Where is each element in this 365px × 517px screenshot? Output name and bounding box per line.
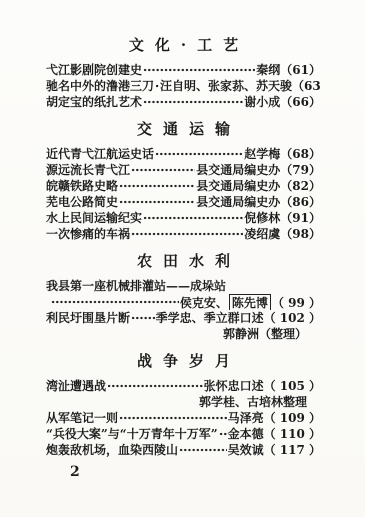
toc-entry: 从军笔记一则 马泽亮 （ 109 ） (46, 410, 321, 426)
entry-title: 皖赣铁路史略 (46, 178, 118, 194)
entry-title: 近代青弋江航运史话 (46, 146, 154, 162)
toc-entry: 水上民间运输纪实 倪修林 （91） (46, 210, 321, 226)
toc-entry: 芜电公路简史 县交通局编史办 （86） (46, 194, 321, 210)
dot-leader (107, 380, 203, 392)
entry-page: （ 102 ） (264, 310, 321, 326)
dot-leader (131, 164, 195, 176)
entry-page: （79） (280, 162, 321, 178)
entry-title: 胡定宝的纸扎艺术 (46, 94, 142, 110)
entry-author: 侯克安、 (180, 295, 228, 310)
entry-title: 利民圩围垦片断 (46, 310, 130, 326)
entry-title: 源远流长青弋江 (46, 162, 130, 178)
entry-page: （91） (280, 210, 321, 226)
entry-title: “兵役大案”与“十万青年十万军” (46, 426, 218, 442)
entry-author: 张怀忠口述 (204, 378, 264, 394)
section-heading: 战争岁月 (46, 350, 321, 372)
section-heading: 农田水利 (46, 250, 321, 272)
attribution-line: 郭学桂、古培林整理 (46, 394, 321, 410)
toc-content: 文化·工艺 弋江影剧院创建史 秦纲 （61） 驰名中外的澛港三刀 汪自明、张家荪… (46, 34, 321, 458)
section-culture-crafts: 文化·工艺 弋江影剧院创建史 秦纲 （61） 驰名中外的澛港三刀 汪自明、张家荪… (46, 34, 321, 110)
dot-leader (131, 228, 243, 240)
dot-leader (51, 296, 179, 308)
entry-author: 季学忠、季立群口述 (156, 310, 264, 326)
entry-title: 弋江影剧院创建史 (46, 62, 142, 78)
entry-page: （ 105 ） (264, 378, 321, 394)
dot-leader (179, 444, 227, 456)
entry-list: 湾沚遭遇战 张怀忠口述 （ 105 ） 郭学桂、古培林整理 从军笔记一则 马泽亮… (46, 378, 321, 458)
entry-author: 倪修林 (244, 210, 280, 226)
entry-page: （63） (292, 78, 321, 94)
dot-leader (119, 180, 195, 192)
section-transportation: 交通运输 近代青弋江航运史话 赵学梅 （68） 源远流长青弋江 县交通局编史办 … (46, 118, 321, 242)
entry-author: 郭学桂、古培林整理 (199, 394, 307, 410)
deceased-author-box: 陈先博 (229, 294, 271, 310)
entry-author: 县交通局编史办 (196, 178, 280, 194)
toc-entry: 源远流长青弋江 县交通局编史办 （79） (46, 162, 321, 178)
entry-title: 炮轰敌机场，血染西陵山 (46, 442, 178, 458)
entry-list: 近代青弋江航运史话 赵学梅 （68） 源远流长青弋江 县交通局编史办 （79） … (46, 146, 321, 242)
dot-leader (143, 64, 255, 76)
dot-leader (219, 428, 227, 440)
entry-page: （68） (280, 146, 321, 162)
entry-author: 汪自明、张家荪、苏天骏 (160, 78, 292, 94)
toc-entry: 湾沚遭遇战 张怀忠口述 （ 105 ） (46, 378, 321, 394)
entry-author: 赵学梅 (244, 146, 280, 162)
entry-author: 郭静洲（整理） (223, 326, 307, 342)
entry-title: 我县第一座机械排灌站——成垛站 (46, 278, 226, 294)
toc-entry: 弋江影剧院创建史 秦纲 （61） (46, 62, 321, 78)
entry-author: 马泽亮 (228, 410, 264, 426)
entry-title: 水上民间运输纪实 (46, 210, 142, 226)
dot-leader (131, 312, 155, 324)
entry-page: （ 109 ） (264, 410, 321, 426)
entry-author: 吴效诚 (228, 442, 264, 458)
section-heading: 文化·工艺 (46, 34, 321, 56)
section-heading: 交通运输 (46, 118, 321, 140)
toc-entry: 近代青弋江航运史话 赵学梅 （68） (46, 146, 321, 162)
entry-author: 秦纲 (256, 62, 280, 78)
entry-author: 凌绍虞 (244, 226, 280, 242)
entry-title: 一次惨痛的车祸 (46, 226, 130, 242)
dot-leader (155, 148, 243, 160)
dot-leader (143, 212, 243, 224)
section-farmland-water: 农田水利 我县第一座机械排灌站——成垛站 侯克安、 陈先博 （ 99 ） 利民圩… (46, 250, 321, 342)
entry-page: （86） (280, 194, 321, 210)
attribution-line: 郭静洲（整理） (46, 326, 321, 342)
entry-page: （ 99 ） (272, 295, 321, 310)
toc-entry: 胡定宝的纸扎艺术 谢小成 （66） (46, 94, 321, 110)
toc-entry: “兵役大案”与“十万青年十万军” 金本德 （ 110 ） (46, 426, 321, 442)
entry-list: 我县第一座机械排灌站——成垛站 侯克安、 陈先博 （ 99 ） 利民圩围垦片断 … (46, 278, 321, 342)
toc-entry: 一次惨痛的车祸 凌绍虞 （98） (46, 226, 321, 242)
entry-page: （98） (280, 226, 321, 242)
entry-page: （61） (280, 62, 321, 78)
page-number: 2 (70, 464, 80, 480)
toc-entry: 炮轰敌机场，血染西陵山 吴效诚 （ 117 ） (46, 442, 321, 458)
toc-entry-continuation: 侯克安、 陈先博 （ 99 ） (46, 294, 321, 310)
section-war-years: 战争岁月 湾沚遭遇战 张怀忠口述 （ 105 ） 郭学桂、古培林整理 从军笔记一… (46, 350, 321, 458)
entry-page: （ 110 ） (264, 426, 321, 442)
entry-author: 金本德 (228, 426, 264, 442)
entry-title: 湾沚遭遇战 (46, 378, 106, 394)
toc-entry: 驰名中外的澛港三刀 汪自明、张家荪、苏天骏 （63） (46, 78, 321, 94)
entry-title: 从军笔记一则 (46, 410, 118, 426)
entry-title: 驰名中外的澛港三刀 (46, 78, 154, 94)
dot-leader (119, 412, 227, 424)
entry-title: 芜电公路简史 (46, 194, 118, 210)
toc-entry: 我县第一座机械排灌站——成垛站 (46, 278, 321, 294)
dot-leader (119, 196, 195, 208)
entry-page: （82） (280, 178, 321, 194)
entry-list: 弋江影剧院创建史 秦纲 （61） 驰名中外的澛港三刀 汪自明、张家荪、苏天骏 （… (46, 62, 321, 110)
entry-author: 县交通局编史办 (196, 162, 280, 178)
book-page: 文化·工艺 弋江影剧院创建史 秦纲 （61） 驰名中外的澛港三刀 汪自明、张家荪… (0, 0, 365, 517)
toc-entry: 利民圩围垦片断 季学忠、季立群口述 （ 102 ） (46, 310, 321, 326)
dot-leader (143, 96, 243, 108)
entry-page: （66） (280, 94, 321, 110)
dot-leader (155, 80, 159, 92)
entry-author: 谢小成 (244, 94, 280, 110)
entry-page: （ 117 ） (264, 442, 321, 458)
toc-entry: 皖赣铁路史略 县交通局编史办 （82） (46, 178, 321, 194)
entry-author: 县交通局编史办 (196, 194, 280, 210)
